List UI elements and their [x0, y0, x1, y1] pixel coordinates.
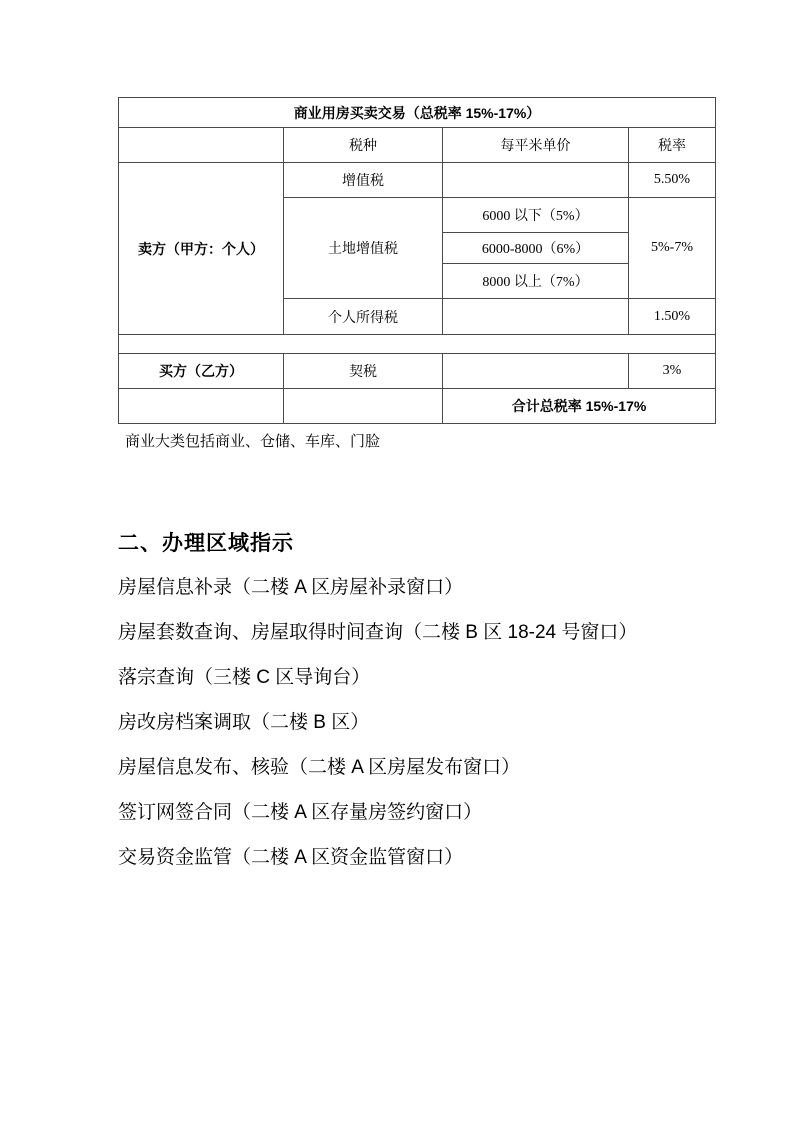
land-vat-rate-cell: 5%-7% — [629, 198, 716, 299]
list-item: 房屋套数查询、房屋取得时间查询（二楼 B 区 18-24 号窗口） — [118, 610, 738, 655]
table-row: 税种 每平米单价 税率 — [119, 128, 716, 163]
section-title: 二、办理区域指示 — [118, 527, 294, 557]
list-item: 房屋信息发布、核验（二楼 A 区房屋发布窗口） — [118, 745, 738, 790]
spacer-cell — [119, 335, 716, 354]
header-cell-tax-type: 税种 — [284, 128, 443, 163]
table-row: 商业用房买卖交易（总税率 15%-17%） — [119, 98, 716, 128]
land-vat-tier1-cell: 6000 以下（5%） — [443, 198, 629, 233]
vat-rate-cell: 5.50% — [629, 163, 716, 198]
table-spacer-row — [119, 335, 716, 354]
vat-price-cell — [443, 163, 629, 198]
list-item: 房屋信息补录（二楼 A 区房屋补录窗口） — [118, 565, 738, 610]
list-item: 房改房档案调取（二楼 B 区） — [118, 700, 738, 745]
buyer-label-cell: 买方（乙方） — [119, 354, 284, 389]
deed-tax-name-cell: 契税 — [284, 354, 443, 389]
header-cell-party — [119, 128, 284, 163]
header-cell-price-per-sqm: 每平米单价 — [443, 128, 629, 163]
personal-income-tax-name-cell: 个人所得税 — [284, 299, 443, 335]
vat-name-cell: 增值税 — [284, 163, 443, 198]
deed-tax-price-cell — [443, 354, 629, 389]
total-empty-cell-1 — [119, 389, 284, 424]
list-item: 签订网签合同（二楼 A 区存量房签约窗口） — [118, 790, 738, 835]
personal-income-tax-rate-cell: 1.50% — [629, 299, 716, 335]
document-page: 商业用房买卖交易（总税率 15%-17%） 税种 每平米单价 税率 卖方（甲方：… — [0, 0, 793, 1122]
table-row: 合计总税率 15%-17% — [119, 389, 716, 424]
land-vat-tier3-cell: 8000 以上（7%） — [443, 264, 629, 299]
table-row: 买方（乙方） 契税 3% — [119, 354, 716, 389]
commercial-housing-tax-table: 商业用房买卖交易（总税率 15%-17%） 税种 每平米单价 税率 卖方（甲方：… — [118, 97, 716, 424]
table-title: 商业用房买卖交易（总税率 15%-17%） — [119, 98, 716, 128]
seller-label-cell: 卖方（甲方：个人） — [119, 163, 284, 335]
total-empty-cell-2 — [284, 389, 443, 424]
land-vat-name-cell: 土地增值税 — [284, 198, 443, 299]
list-item: 落宗查询（三楼 C 区导询台） — [118, 655, 738, 700]
total-rate-cell: 合计总税率 15%-17% — [443, 389, 716, 424]
deed-tax-rate-cell: 3% — [629, 354, 716, 389]
land-vat-tier2-cell: 6000-8000（6%） — [443, 233, 629, 264]
table-footnote: 商业大类包括商业、仓储、车库、门脸 — [125, 430, 380, 451]
table-row: 卖方（甲方：个人） 增值税 5.50% — [119, 163, 716, 198]
header-cell-rate: 税率 — [629, 128, 716, 163]
personal-income-tax-price-cell — [443, 299, 629, 335]
area-direction-list: 房屋信息补录（二楼 A 区房屋补录窗口） 房屋套数查询、房屋取得时间查询（二楼 … — [118, 565, 738, 880]
list-item: 交易资金监管（二楼 A 区资金监管窗口） — [118, 835, 738, 880]
